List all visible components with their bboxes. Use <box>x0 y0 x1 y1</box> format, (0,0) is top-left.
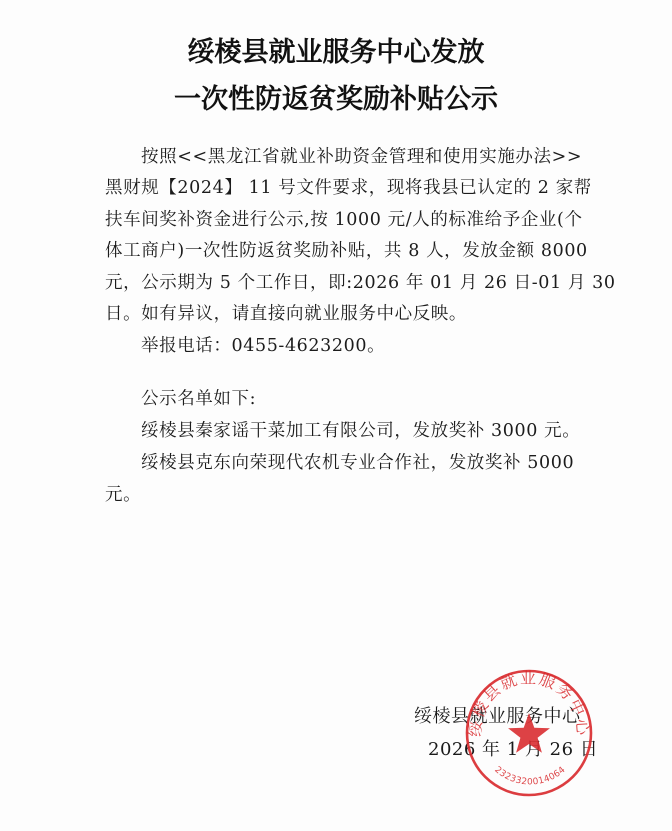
signature-date: 2026 年 1 月 26 日 <box>428 735 598 761</box>
svg-text:2323320014064: 2323320014064 <box>492 765 567 787</box>
list-item-1: 绥棱县秦家谣干菜加工有限公司，发放奖补 3000 元。 <box>141 416 580 448</box>
body-line-4: 体工商户)一次性防返贫奖励补贴，共 8 人，发放金额 8000 <box>105 236 588 268</box>
hotline-text: 举报电话：0455-4623200。 <box>141 331 385 363</box>
official-seal-stamp: 绥棱县就业服务中心 2323320014064 <box>463 667 595 799</box>
document-title-line1: 绥棱县就业服务中心发放 <box>0 30 672 69</box>
body-line-5: 元，公示期为 5 个工作日，即:2026 年 01 月 26 日-01 月 30 <box>105 268 616 300</box>
list-item-2-continued: 元。 <box>105 480 141 512</box>
body-line-6: 日。如有异议，请直接向就业服务中心反映。 <box>105 299 467 331</box>
signature-organization: 绥棱县就业服务中心 <box>414 702 581 728</box>
stamp-serial-number: 2323320014064 <box>492 765 567 787</box>
body-line-2: 黑财规【2024】 11 号文件要求，现将我县已认定的 2 家帮 <box>105 173 592 205</box>
document-page: 绥棱县就业服务中心发放 一次性防返贫奖励补贴公示 按照<<黑龙江省就业补助资金管… <box>0 0 672 831</box>
body-line-1: 按照<<黑龙江省就业补助资金管理和使用实施办法>> <box>141 142 582 174</box>
list-item-2: 绥棱县克东向荣现代农机专业合作社，发放奖补 5000 <box>141 448 574 480</box>
list-heading: 公示名单如下: <box>141 384 256 416</box>
body-line-3: 扶车间奖补资金进行公示,按 1000 元/人的标准给予企业(个 <box>105 205 583 237</box>
document-title-line2: 一次性防返贫奖励补贴公示 <box>0 77 672 116</box>
